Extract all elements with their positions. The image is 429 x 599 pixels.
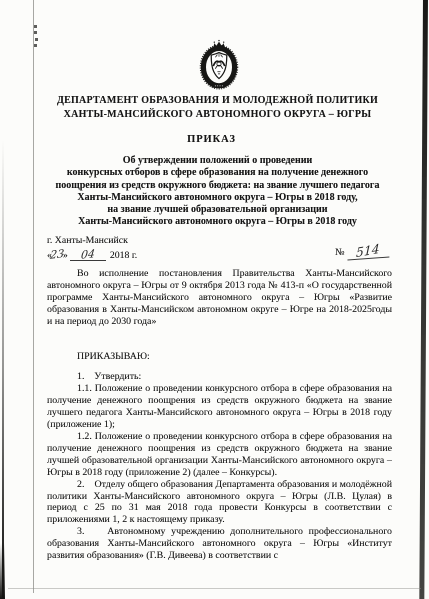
paragraph-item-1: 1. Утвердить:: [47, 371, 392, 383]
month-underline: 04: [70, 250, 106, 261]
doc-number: № 514: [335, 246, 389, 260]
order-word: ПРИКАЗЫВАЮ:: [47, 351, 392, 363]
scan-bottom-line: [8, 588, 421, 589]
paragraph-intro: Во исполнение постановления Правительств…: [47, 268, 392, 328]
paragraph-item-1-2: 1.2. Положение о проведении конкурсного …: [47, 431, 392, 479]
paragraph-item-2: 2. Отделу общего образования Департамент…: [47, 479, 392, 527]
doc-type-heading: ПРИКАЗ: [0, 134, 423, 145]
doc-subject: Об утверждении положений о проведении ко…: [40, 155, 395, 229]
org-name-line2: ХАНТЫ-МАНСИЙСКОГО АВТОНОМНОГО ОКРУГА – Ю…: [40, 108, 395, 122]
scan-left-edge-shadow: [2, 140, 4, 599]
doc-subject-line: поощрения из средств окружного бюджета: …: [40, 180, 395, 192]
meta-block: г. Ханты-Мансийск «23»042018 г. № 514: [47, 235, 389, 262]
scan-left-margin-line: [33, 0, 34, 593]
year-label: 2018 г.: [110, 250, 137, 261]
scan-mark: [34, 31, 37, 34]
doc-subject-line: на звание лучшей образовательной организ…: [40, 204, 395, 216]
body-text: Во исполнение постановления Правительств…: [47, 268, 392, 562]
handwritten-month: 04: [80, 249, 95, 260]
org-name: ДЕПАРТАМЕНТ ОБРАЗОВАНИЯ И МОЛОДЕЖНОЙ ПОЛ…: [40, 94, 395, 121]
paragraph-item-3: 3. Автономному учреждению дополнительног…: [47, 526, 392, 562]
paragraph-item-1-1: 1.1. Положение о проведении конкурсного …: [47, 383, 392, 431]
doc-subject-line: Об утверждении положений о проведении: [40, 155, 395, 167]
number-underline: 514: [347, 245, 390, 261]
document-page: ДЕПАРТАМЕНТ ОБРАЗОВАНИЯ И МОЛОДЕЖНОЙ ПОЛ…: [0, 0, 429, 599]
handwritten-day: 23: [49, 248, 64, 262]
handwritten-number: 514: [356, 244, 380, 258]
coat-of-arms-icon: [193, 37, 245, 92]
scan-mark: [34, 44, 37, 47]
org-name-line1: ДЕПАРТАМЕНТ ОБРАЗОВАНИЯ И МОЛОДЕЖНОЙ ПОЛ…: [40, 94, 395, 108]
doc-subject-line: Ханты-Мансийского автономного округа – Ю…: [40, 192, 395, 204]
doc-subject-line: Ханты-Мансийского автономного округа – Ю…: [40, 216, 395, 228]
scan-right-edge-shadow: [419, 0, 428, 599]
number-sign: №: [335, 247, 345, 258]
scan-mark: [34, 25, 37, 28]
scan-mark: [35, 38, 38, 41]
scan-bottom-left-mark: [0, 543, 5, 599]
doc-subject-line: конкурсных отборов в сфере образования н…: [40, 167, 395, 179]
